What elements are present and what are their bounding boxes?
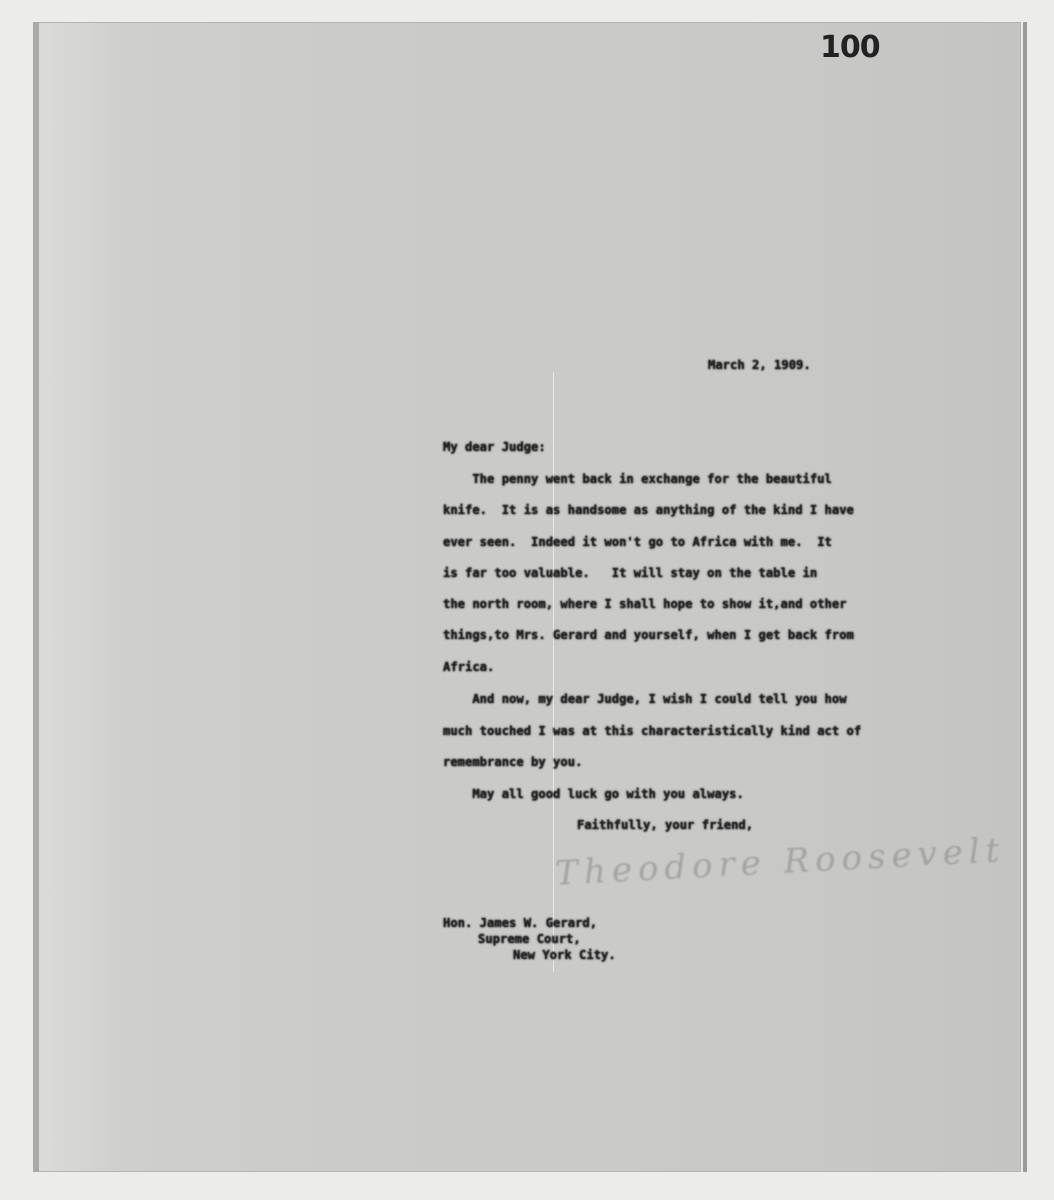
body-line: is far too valuable. It will stay on the… (443, 566, 817, 580)
page-number: 100 (820, 30, 880, 65)
closing: Faithfully, your friend, (577, 818, 753, 832)
body-line: much touched I was at this characteristi… (443, 724, 861, 738)
body-line: May all good luck go with you always. (443, 787, 744, 801)
recipient-name: Hon. James W. Gerard, (443, 916, 597, 930)
body-line: the north room, where I shall hope to sh… (443, 597, 847, 611)
salutation: My dear Judge: (443, 440, 546, 454)
body-line: things,to Mrs. Gerard and yourself, when… (443, 628, 854, 642)
letter-date: March 2, 1909. (708, 358, 811, 372)
recipient-line-2: Supreme Court, (478, 932, 581, 946)
body-line: remembrance by you. (443, 755, 582, 769)
recipient-line-3: New York City. (513, 948, 616, 962)
fold-line (553, 372, 554, 972)
body-line: Africa. (443, 660, 494, 674)
body-line: knife. It is as handsome as anything of … (443, 503, 854, 517)
body-line: The penny went back in exchange for the … (443, 472, 832, 486)
body-line: ever seen. Indeed it won't go to Africa … (443, 535, 832, 549)
body-line: And now, my dear Judge, I wish I could t… (443, 692, 847, 706)
